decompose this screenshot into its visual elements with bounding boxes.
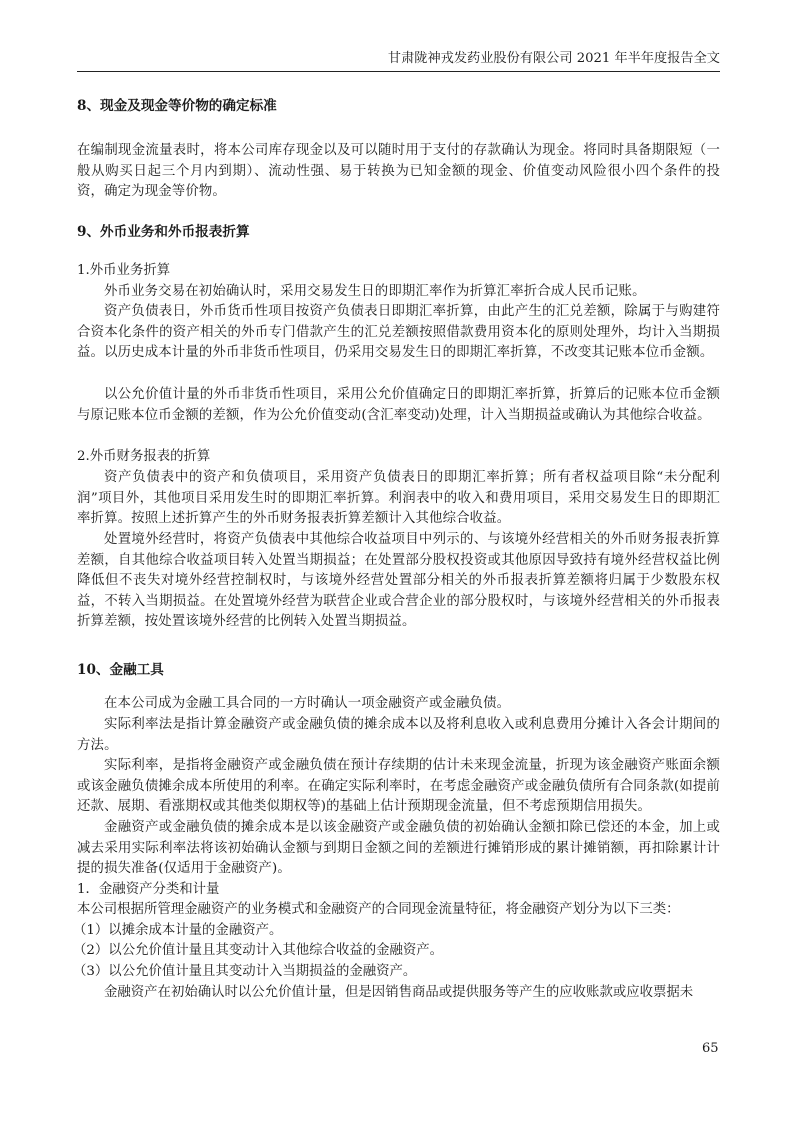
paragraph: 资产负债表日，外币货币性项目按资产负债表日即期汇率折算，由此产生的汇兑差额，除属…: [77, 302, 720, 364]
section-heading-10: 10、金融工具: [77, 661, 164, 679]
paragraph: 实际利率法是指计算金融资产或金融负债的摊余成本以及将利息收入或利息费用分摊计入各…: [77, 715, 720, 756]
paragraph: 在本公司成为金融工具合同的一方时确认一项金融资产或金融负债。: [77, 694, 720, 715]
paragraph: 本公司根据所管理金融资产的业务模式和金融资产的合同现金流量特征，将金融资产划分为…: [77, 900, 680, 921]
page-number: 65: [702, 1041, 719, 1057]
paragraph: 金融资产在初始确认时以公允价值计量，但是因销售商品或提供服务等产生的应收账款或应…: [104, 983, 693, 1004]
subheading: 1.外币业务折算: [77, 261, 170, 282]
subheading: 1．金融资产分类和计量: [77, 880, 219, 901]
subheading: 2.外币财务报表的折算: [77, 447, 210, 468]
paragraph: 金融资产或金融负债的摊余成本是以该金融资产或金融负债的初始确认金额扣除已偿还的本…: [77, 818, 720, 880]
page-header: 甘肃陇神戎发药业股份有限公司 2021 年半年度报告全文: [77, 49, 720, 72]
paragraph: 以公允价值计量的外币非货币性项目，采用公允价值确定日的即期汇率折算，折算后的记账…: [77, 385, 720, 426]
section-heading-9: 9、外币业务和外币报表折算: [77, 223, 250, 241]
list-item: （2）以公允价值计量且其变动计入其他综合收益的金融资产。: [73, 941, 443, 962]
paragraph: 处置境外经营时，将资产负债表中其他综合收益项目中列示的、与该境外经营相关的外币财…: [77, 530, 720, 633]
paragraph: 在编制现金流量表时，将本公司库存现金以及可以随时用于支付的存款确认为现金。将同时…: [77, 141, 720, 203]
report-title: 甘肃陇神戎发药业股份有限公司 2021 年半年度报告全文: [388, 51, 720, 66]
paragraph: 资产负债表中的资产和负债项目，采用资产负债表日的即期汇率折算；所有者权益项目除“…: [77, 468, 720, 530]
list-item: （1）以摊余成本计量的金融资产。: [73, 921, 282, 942]
paragraph: 外币业务交易在初始确认时，采用交易发生日的即期汇率作为折算汇率折合成人民币记账。: [77, 282, 720, 303]
paragraph: 实际利率，是指将金融资产或金融负债在预计存续期的估计未来现金流量，折现为该金融资…: [77, 756, 720, 818]
list-item: （3）以公允价值计量且其变动计入当期损益的金融资产。: [73, 962, 416, 983]
section-heading-8: 8、现金及现金等价物的确定标准: [77, 97, 277, 115]
